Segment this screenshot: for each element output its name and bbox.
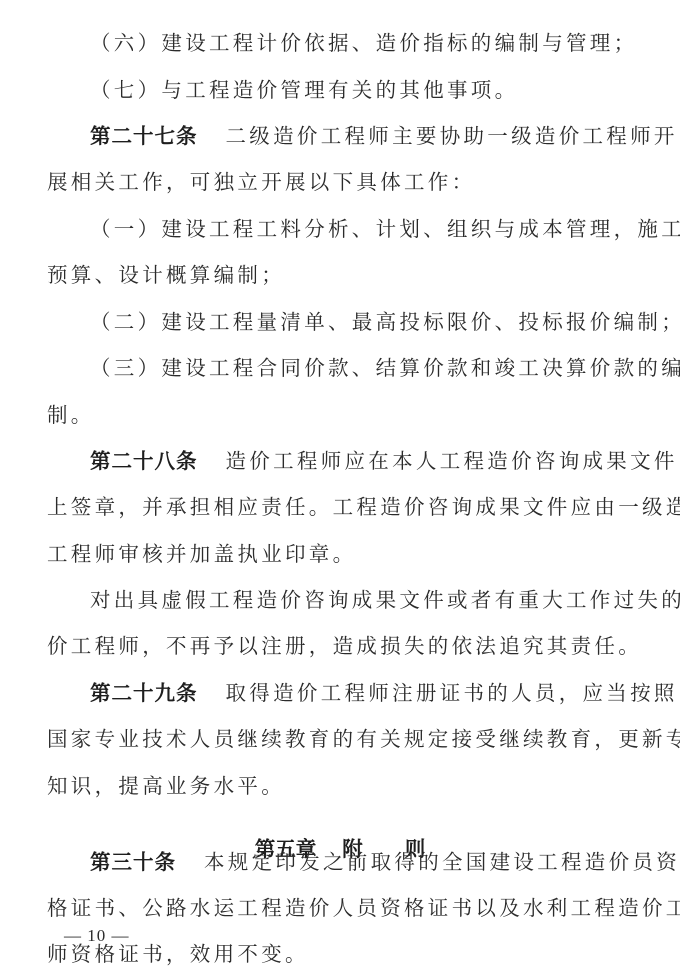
article-30-line-2: 格证书、公路水运工程造价人员资格证书以及水利工程造价工程: [47, 895, 661, 921]
article-28-para-2-line-1: 对出具虚假工程造价咨询成果文件或者有重大工作过失的造: [90, 587, 661, 613]
article-28-heading: 第二十八条: [90, 449, 198, 473]
article-30-text: 本规定印发之前取得的全国建设工程造价员资: [204, 850, 680, 874]
article-27-heading: 第二十七条: [90, 124, 198, 148]
article-30-first-line: 第三十条本规定印发之前取得的全国建设工程造价员资: [90, 849, 661, 875]
article-28-text: 造价工程师应在本人工程造价咨询成果文件: [226, 449, 678, 473]
article-29-heading: 第二十九条: [90, 681, 198, 705]
article-28-line-3: 工程师审核并加盖执业印章。: [47, 541, 661, 567]
article-27-first-line: 第二十七条二级造价工程师主要协助一级造价工程师开: [90, 123, 661, 149]
article-29-text: 取得造价工程师注册证书的人员，应当按照: [226, 681, 678, 705]
article-30-heading: 第三十条: [90, 850, 176, 874]
article-27-item-1-line-2: 预算、设计概算编制；: [47, 262, 661, 288]
article-28-line-2: 上签章，并承担相应责任。工程造价咨询成果文件应由一级造价: [47, 494, 661, 520]
article-27-item-3-line-1: （三）建设工程合同价款、结算价款和竣工决算价款的编: [90, 355, 661, 381]
list-item-6: （六）建设工程计价依据、造价指标的编制与管理；: [90, 30, 661, 56]
page-number: — 10 —: [64, 925, 130, 947]
list-item-7: （七）与工程造价管理有关的其他事项。: [90, 77, 661, 103]
article-27-item-2: （二）建设工程量清单、最高投标限价、投标报价编制；: [90, 309, 661, 335]
article-30-line-3: 师资格证书，效用不变。: [47, 941, 661, 967]
article-29-first-line: 第二十九条取得造价工程师注册证书的人员，应当按照: [90, 680, 661, 706]
article-28-first-line: 第二十八条造价工程师应在本人工程造价咨询成果文件: [90, 448, 661, 474]
document-page: （六）建设工程计价依据、造价指标的编制与管理； （七）与工程造价管理有关的其他事…: [0, 0, 680, 970]
article-27-item-3-line-2: 制。: [47, 402, 661, 428]
article-27-line-2: 展相关工作，可独立开展以下具体工作：: [47, 169, 661, 195]
article-29-line-3: 知识，提高业务水平。: [47, 773, 661, 799]
article-29-line-2: 国家专业技术人员继续教育的有关规定接受继续教育，更新专业: [47, 726, 661, 752]
article-27-item-1-line-1: （一）建设工程工料分析、计划、组织与成本管理，施工图: [90, 216, 661, 242]
article-28-para-2-line-2: 价工程师，不再予以注册，造成损失的依法追究其责任。: [47, 633, 661, 659]
article-27-text: 二级造价工程师主要协助一级造价工程师开: [226, 124, 678, 148]
